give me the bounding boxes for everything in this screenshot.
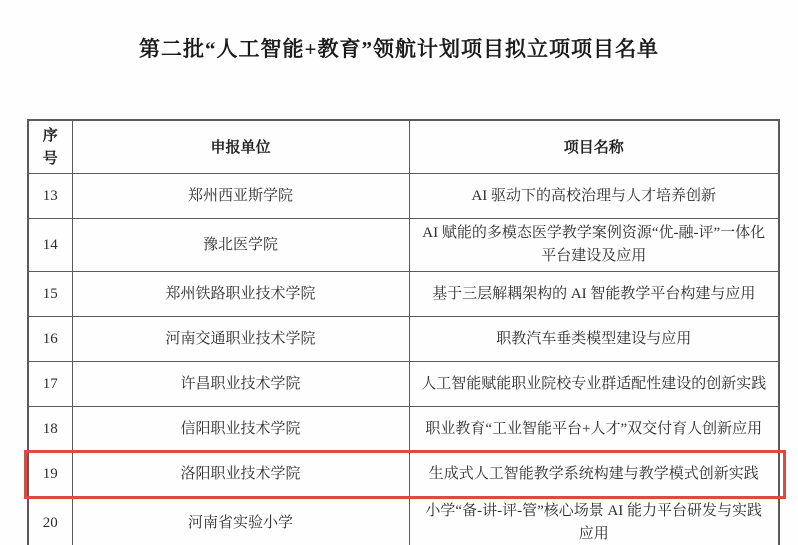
header-serial-number: 序号 — [28, 120, 72, 174]
table-row: 19 洛阳职业技术学院 生成式人工智能教学系统构建与教学模式创新实践 — [28, 452, 779, 497]
cell-project-name: 小学“备-讲-评-管”核心场景 AI 能力平台研发与实践应用 — [409, 497, 779, 545]
cell-applicant-unit: 河南省实验小学 — [72, 497, 409, 545]
page-title: 第二批“人工智能+教育”领航计划项目拟立项项目名单 — [0, 0, 798, 63]
cell-serial-number: 18 — [28, 407, 72, 452]
table-row: 20 河南省实验小学 小学“备-讲-评-管”核心场景 AI 能力平台研发与实践应… — [28, 497, 779, 545]
header-project-name: 项目名称 — [409, 120, 779, 174]
cell-project-name: 职业教育“工业智能平台+人才”双交付育人创新应用 — [409, 407, 779, 452]
cell-applicant-unit: 河南交通职业技术学院 — [72, 317, 409, 362]
cell-applicant-unit: 郑州西亚斯学院 — [72, 174, 409, 219]
table-header: 序号 申报单位 项目名称 — [28, 120, 779, 174]
table-row: 16 河南交通职业技术学院 职教汽车垂类模型建设与应用 — [28, 317, 779, 362]
cell-applicant-unit: 洛阳职业技术学院 — [72, 452, 409, 497]
table-row: 14 豫北医学院 AI 赋能的多模态医学教学案例资源“优-融-评”一体化平台建设… — [28, 219, 779, 272]
cell-applicant-unit: 郑州铁路职业技术学院 — [72, 272, 409, 317]
cell-project-name: AI 赋能的多模态医学教学案例资源“优-融-评”一体化平台建设及应用 — [409, 219, 779, 272]
cell-project-name: 基于三层解耦架构的 AI 智能教学平台构建与应用 — [409, 272, 779, 317]
project-roster-table: 序号 申报单位 项目名称 13 郑州西亚斯学院 AI 驱动下的高校治理与人才培养… — [27, 119, 780, 545]
cell-serial-number: 16 — [28, 317, 72, 362]
cell-project-name: 职教汽车垂类模型建设与应用 — [409, 317, 779, 362]
document-page: 第二批“人工智能+教育”领航计划项目拟立项项目名单 序号 申报单位 项目名称 1… — [0, 0, 798, 545]
table-row: 17 许昌职业技术学院 人工智能赋能职业院校专业群适配性建设的创新实践 — [28, 362, 779, 407]
table-wrapper: 序号 申报单位 项目名称 13 郑州西亚斯学院 AI 驱动下的高校治理与人才培养… — [27, 119, 778, 545]
header-applicant-unit: 申报单位 — [72, 120, 409, 174]
table-body: 13 郑州西亚斯学院 AI 驱动下的高校治理与人才培养创新 14 豫北医学院 A… — [28, 174, 779, 545]
cell-serial-number: 14 — [28, 219, 72, 272]
cell-project-name: 生成式人工智能教学系统构建与教学模式创新实践 — [409, 452, 779, 497]
cell-serial-number: 19 — [28, 452, 72, 497]
header-row: 序号 申报单位 项目名称 — [28, 120, 779, 174]
cell-serial-number: 17 — [28, 362, 72, 407]
cell-applicant-unit: 许昌职业技术学院 — [72, 362, 409, 407]
cell-serial-number: 15 — [28, 272, 72, 317]
table-row: 15 郑州铁路职业技术学院 基于三层解耦架构的 AI 智能教学平台构建与应用 — [28, 272, 779, 317]
cell-project-name: AI 驱动下的高校治理与人才培养创新 — [409, 174, 779, 219]
table-row: 13 郑州西亚斯学院 AI 驱动下的高校治理与人才培养创新 — [28, 174, 779, 219]
cell-serial-number: 13 — [28, 174, 72, 219]
cell-applicant-unit: 信阳职业技术学院 — [72, 407, 409, 452]
table-row: 18 信阳职业技术学院 职业教育“工业智能平台+人才”双交付育人创新应用 — [28, 407, 779, 452]
cell-applicant-unit: 豫北医学院 — [72, 219, 409, 272]
cell-serial-number: 20 — [28, 497, 72, 545]
cell-project-name: 人工智能赋能职业院校专业群适配性建设的创新实践 — [409, 362, 779, 407]
